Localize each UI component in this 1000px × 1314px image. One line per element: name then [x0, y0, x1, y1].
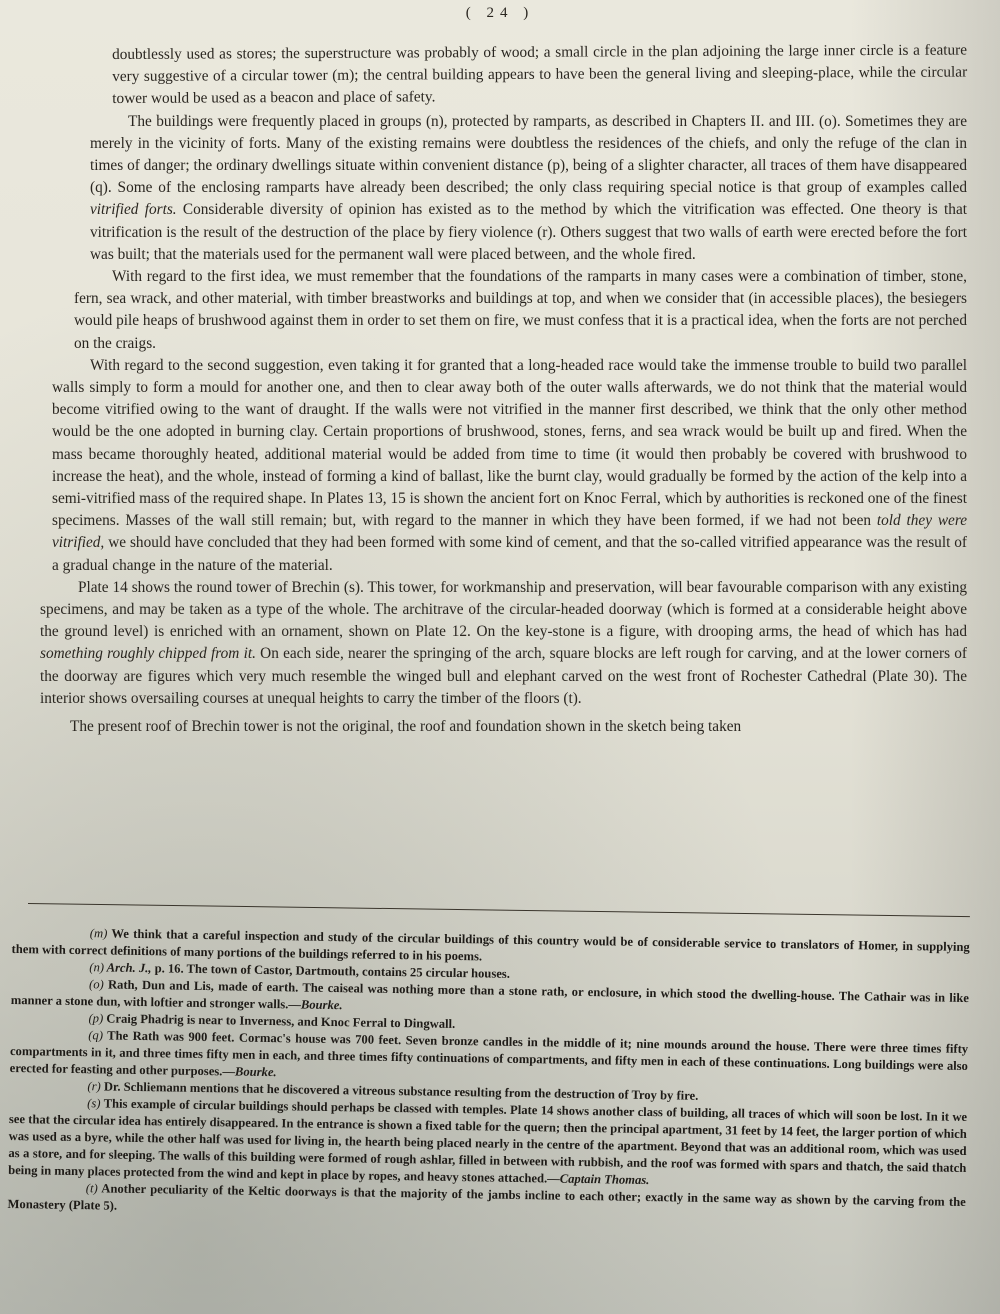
italic-phrase: something roughly chipped from it.	[40, 645, 256, 662]
footnotes: (m) We think that a careful inspection a…	[7, 924, 969, 1228]
footnote-s: (s) This example of circular buildings s…	[8, 1094, 967, 1194]
paragraph-6: The present roof of Brechin tower is not…	[32, 716, 967, 738]
italic-phrase: vitrified forts.	[90, 201, 177, 218]
paragraph-5: Plate 14 shows the round tower of Brechi…	[40, 577, 967, 710]
paragraph-3: With regard to the first idea, we must r…	[74, 266, 967, 355]
body-text: doubtlessly used as stores; the superstr…	[112, 44, 967, 738]
paragraph-4: With regard to the second suggestion, ev…	[52, 355, 967, 577]
paragraph-1: doubtlessly used as stores; the superstr…	[112, 40, 967, 111]
paragraph-2: The buildings were frequently placed in …	[90, 111, 967, 266]
footnote-divider	[28, 903, 970, 917]
page-number: ( 24 )	[0, 5, 1000, 22]
